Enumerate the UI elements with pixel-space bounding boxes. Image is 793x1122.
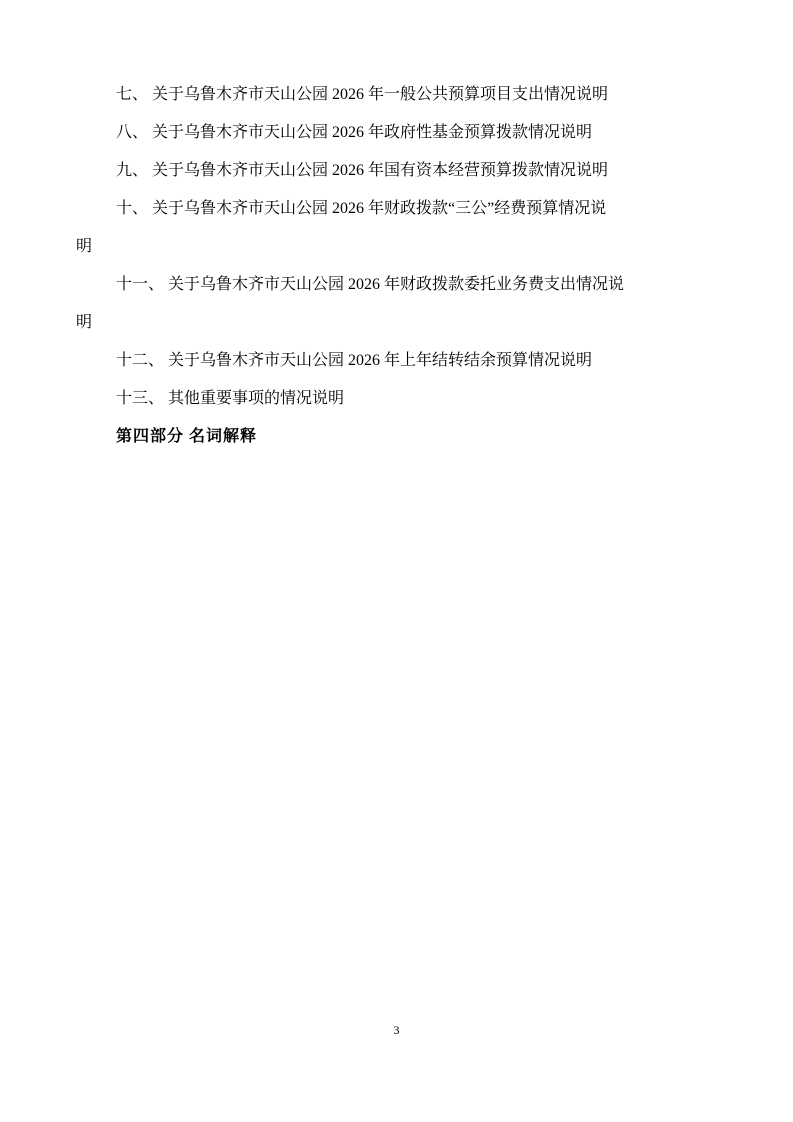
toc-item-8: 八、 关于乌鲁木齐市天山公园 2026 年政府性基金预算拨款情况说明 xyxy=(76,114,717,152)
document-page: 七、 关于乌鲁木齐市天山公园 2026 年一般公共预算项目支出情况说明 八、 关… xyxy=(0,0,793,1122)
toc-item-12: 十二、 关于乌鲁木齐市天山公园 2026 年上年结转结余预算情况说明 xyxy=(76,342,717,380)
section-heading-part-4: 第四部分 名词解释 xyxy=(76,418,717,456)
table-of-contents: 七、 关于乌鲁木齐市天山公园 2026 年一般公共预算项目支出情况说明 八、 关… xyxy=(76,76,717,456)
toc-item-11-line-2: 明 xyxy=(76,304,717,342)
toc-item-7: 七、 关于乌鲁木齐市天山公园 2026 年一般公共预算项目支出情况说明 xyxy=(76,76,717,114)
toc-item-11-line-1: 十一、 关于乌鲁木齐市天山公园 2026 年财政拨款委托业务费支出情况说 xyxy=(76,266,717,304)
toc-item-10-line-1: 十、 关于乌鲁木齐市天山公园 2026 年财政拨款“三公”经费预算情况说 xyxy=(76,190,717,228)
toc-item-9: 九、 关于乌鲁木齐市天山公园 2026 年国有资本经营预算拨款情况说明 xyxy=(76,152,717,190)
page-number: 3 xyxy=(0,1022,793,1038)
toc-item-13: 十三、 其他重要事项的情况说明 xyxy=(76,380,717,418)
toc-item-10-line-2: 明 xyxy=(76,228,717,266)
